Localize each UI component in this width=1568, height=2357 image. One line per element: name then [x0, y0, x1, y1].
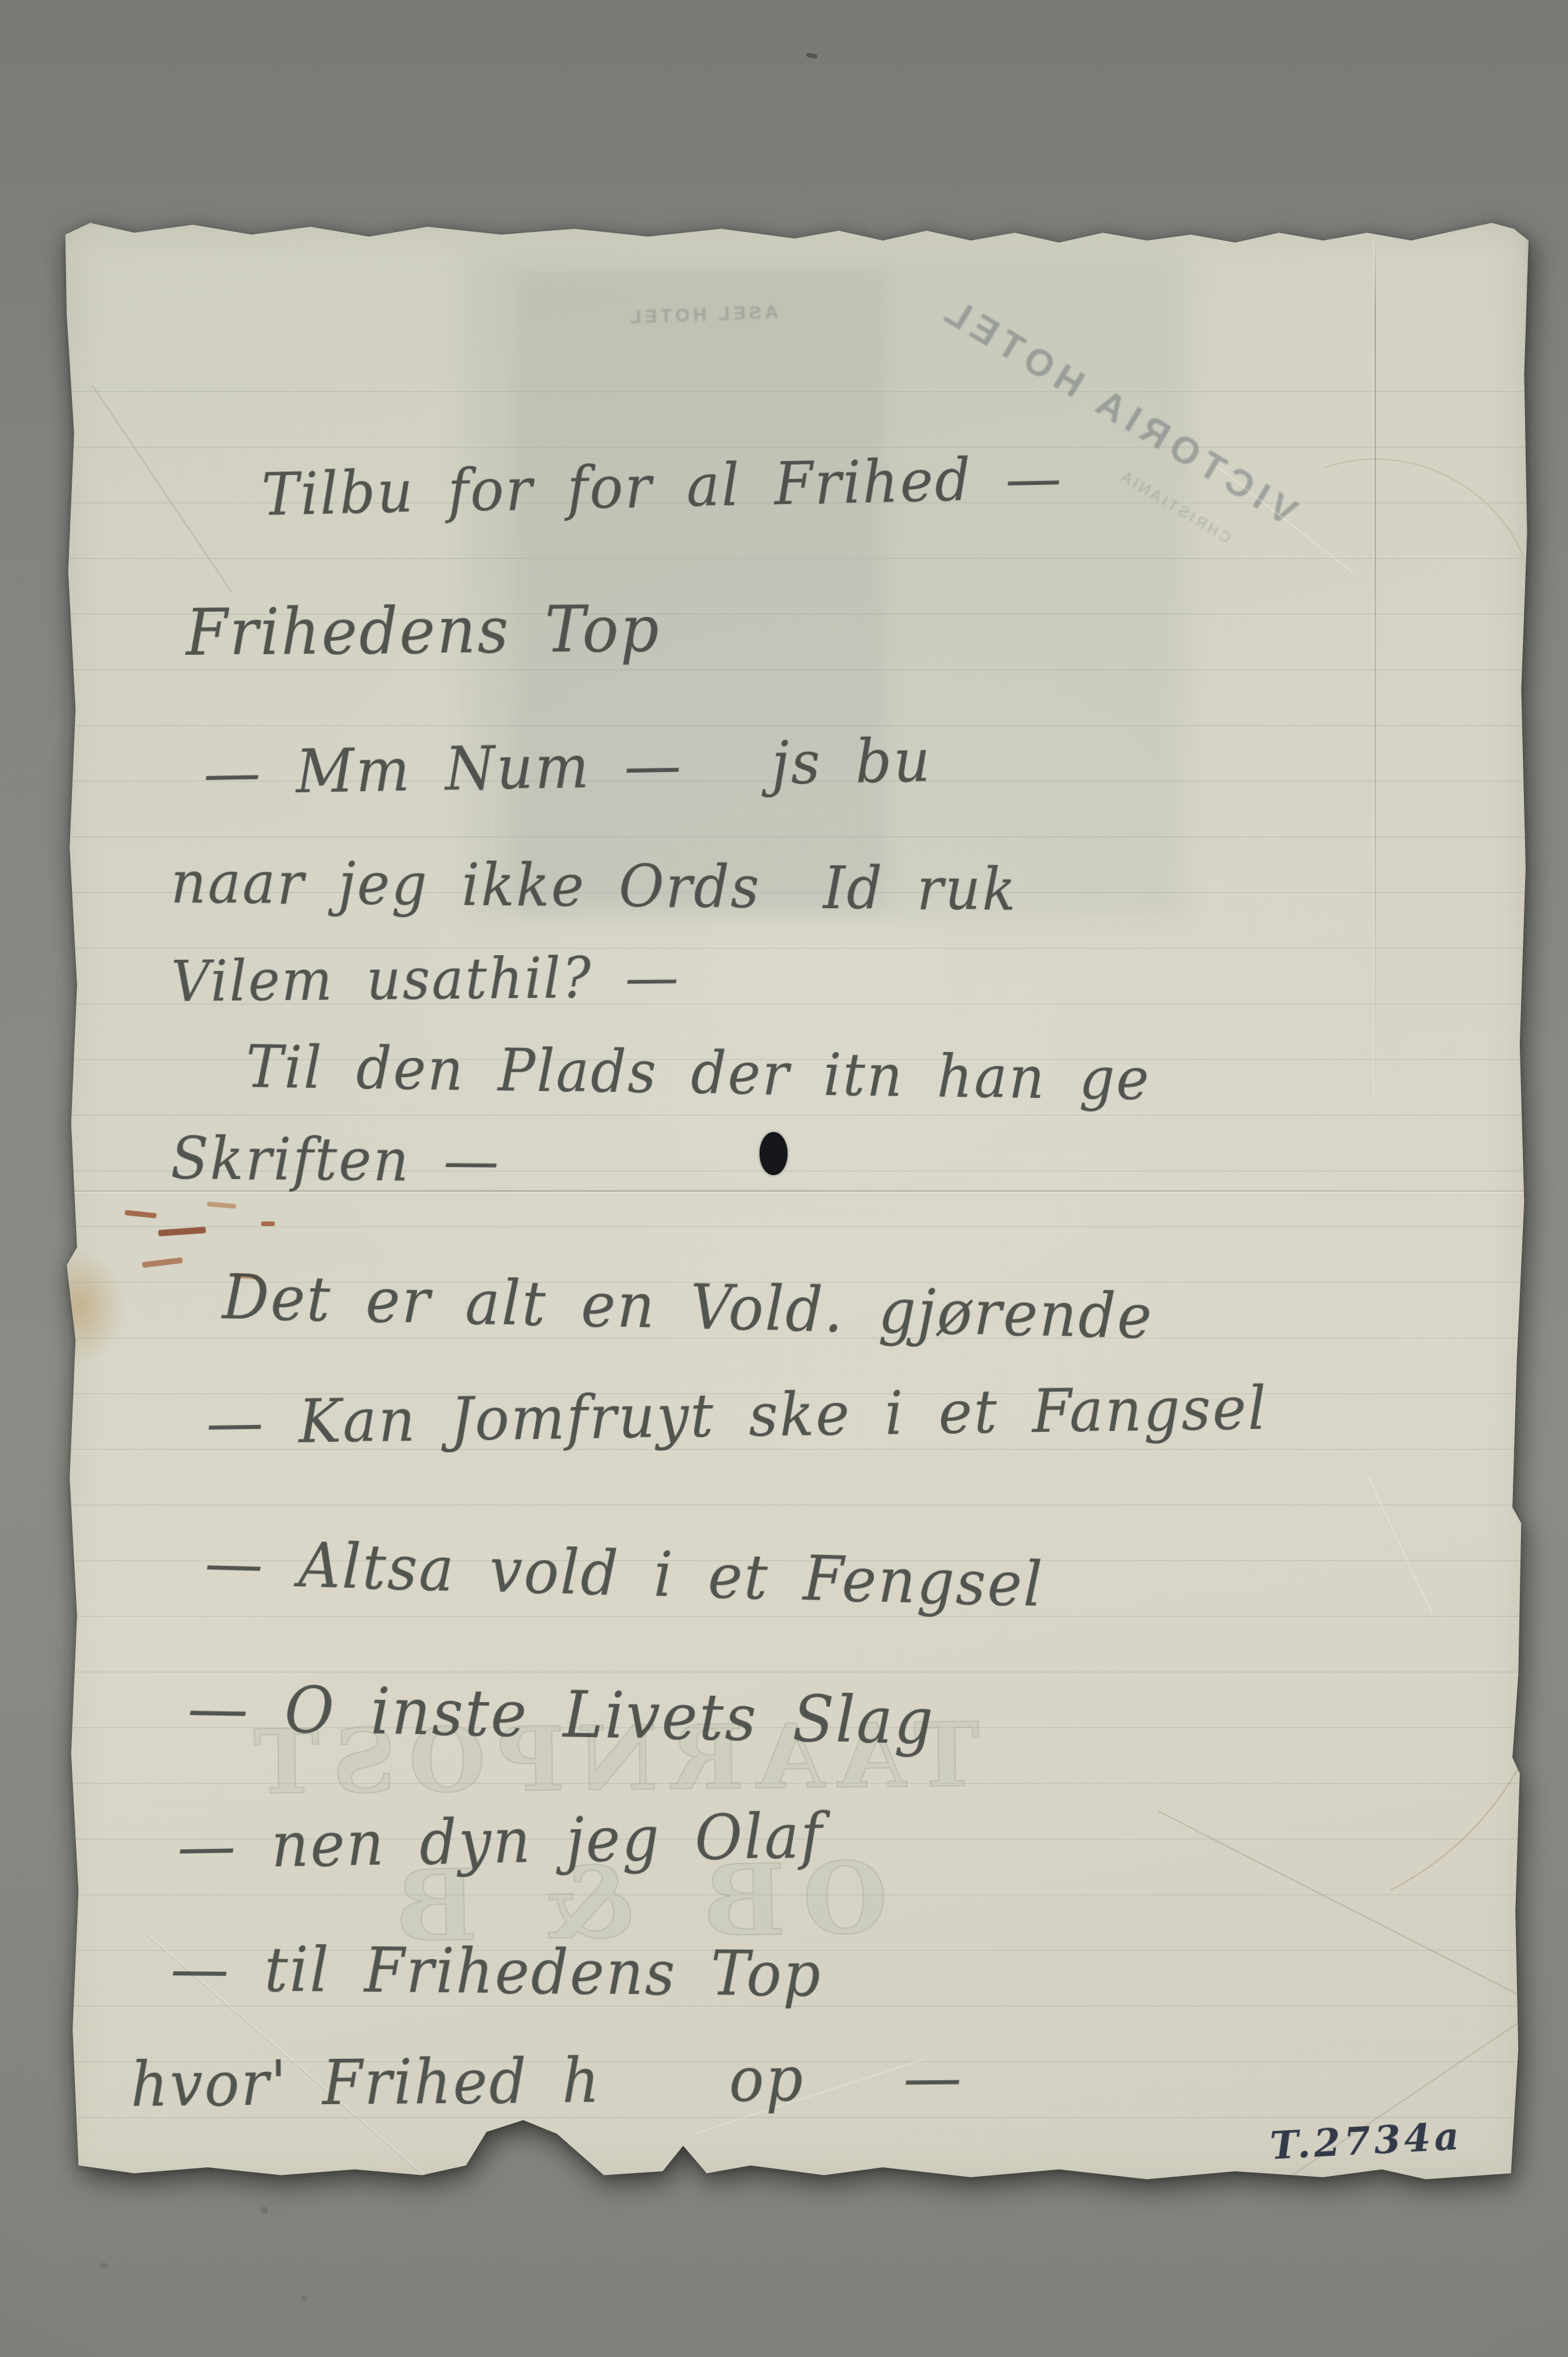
handwriting-line: Vilem usathil? —: [171, 944, 681, 1014]
handwriting-line: — nen dyn jeg Olaf: [177, 1800, 825, 1883]
photograph: { "photo": { "background_description": "…: [0, 0, 1568, 2357]
torn-edge-discoloration: [850, 217, 1418, 224]
handwriting-line: Frihedens Top: [186, 591, 661, 670]
handwriting-line: hvor' Frihed h op —: [130, 2041, 964, 2120]
manuscript-page: VICTORIA HOTEL CHRISTIANIA ASEL HOTEL TA…: [61, 217, 1529, 2187]
handwriting-line: Skriften —: [170, 1125, 500, 1196]
punch-hole: [760, 1132, 787, 1175]
handwriting-line: — Altsa vold i et Fengsel: [204, 1526, 1045, 1620]
handwriting-layer: Tilbu for for al Frihed —Frihedens Top— …: [61, 217, 1529, 2187]
handwriting-line: — O inste Livets Slag: [187, 1670, 935, 1758]
handwriting-line: Det er alt en Vold. gjørende: [222, 1261, 1154, 1352]
handwriting-line: Tilbu for for al Frihed —: [261, 444, 1064, 530]
handwriting-line: — Mm Num — js bu: [203, 726, 932, 809]
bottom-edge-discoloration: [142, 2180, 1441, 2182]
handwriting-line: Til den Plads der itn han ge: [245, 1034, 1151, 1114]
handwriting-line: — Kan Jomfruyt ske i et Fangsel: [206, 1373, 1268, 1458]
paper-shadow-wrap: VICTORIA HOTEL CHRISTIANIA ASEL HOTEL TA…: [0, 0, 1568, 2357]
handwriting-line: naar jeg ikke Ords Id ruk: [170, 849, 1018, 924]
handwriting-line: — til Frihedens Top: [170, 1932, 822, 2010]
